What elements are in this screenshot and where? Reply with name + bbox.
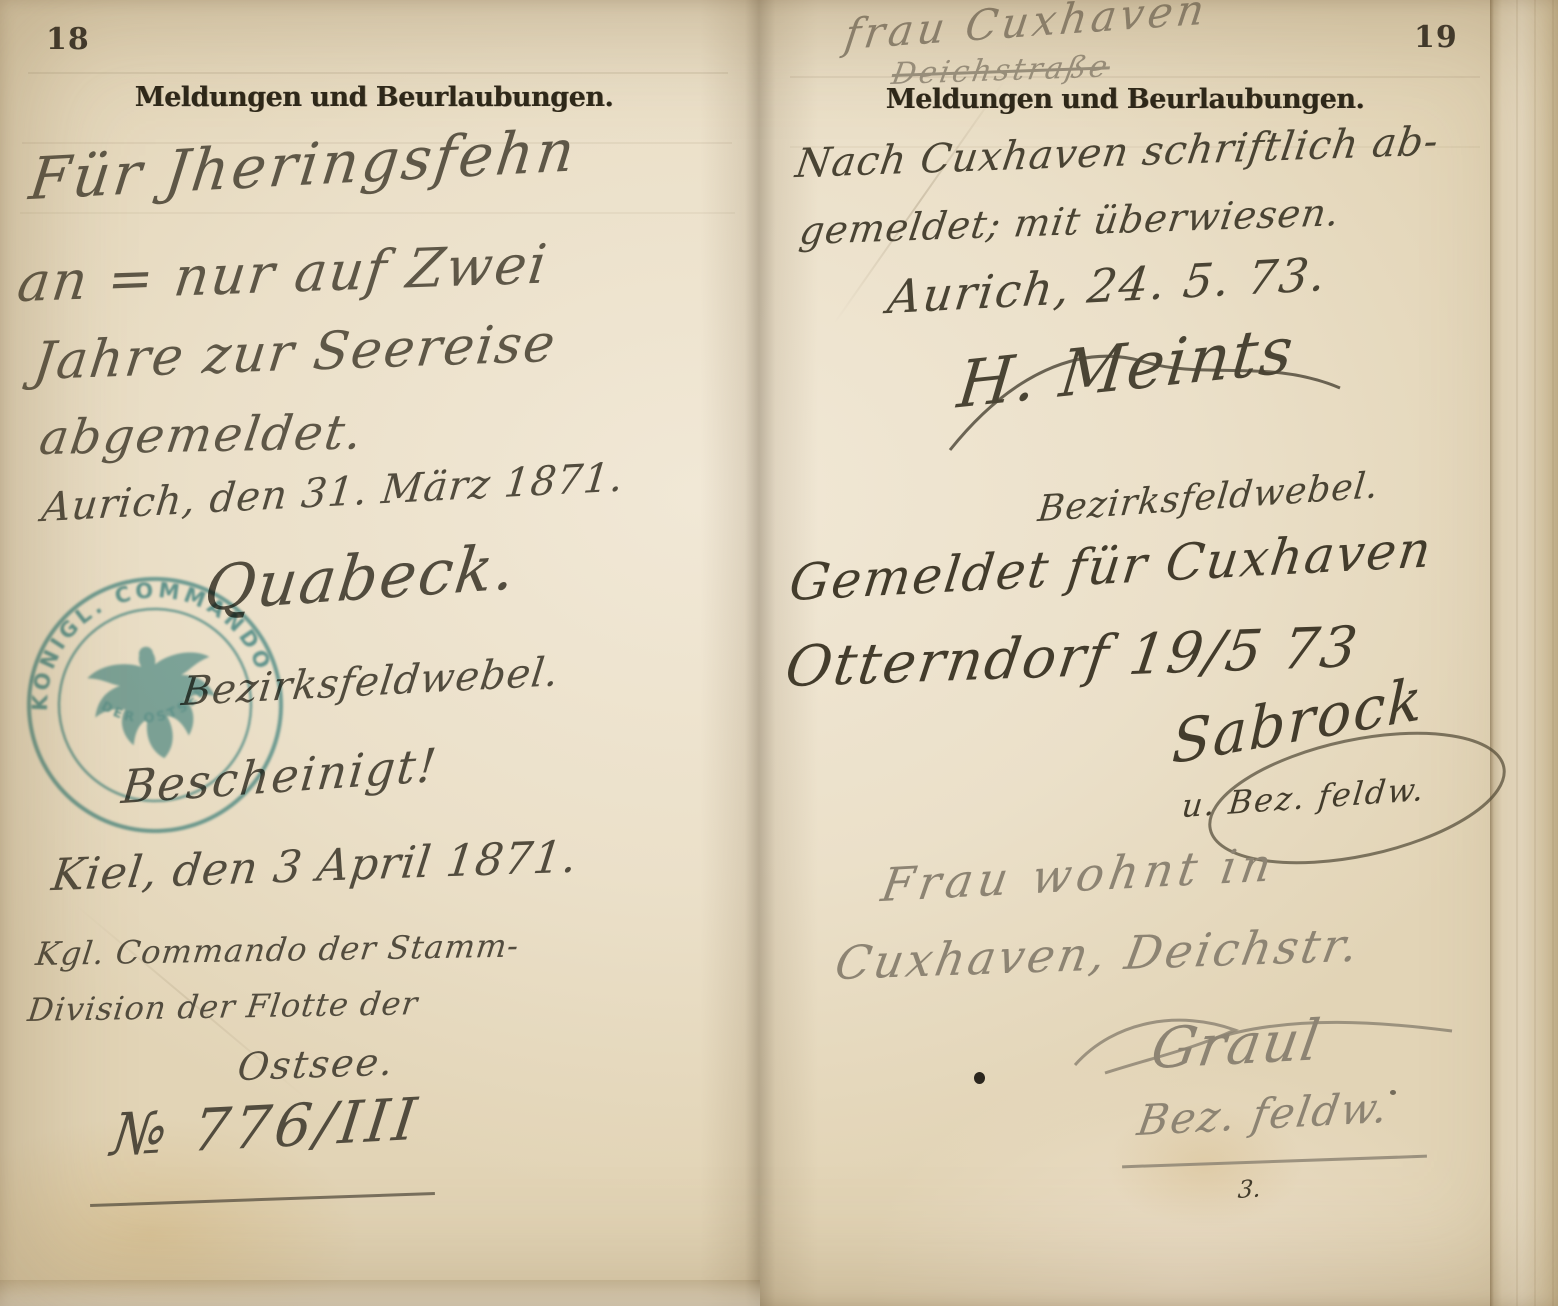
page-number-left: 18 xyxy=(46,22,90,57)
handwritten-line: Aurich, den 31. März 1871. xyxy=(40,457,626,528)
eagle-icon xyxy=(84,636,226,769)
handwritten-line: Aurich, 24. 5. 73. xyxy=(885,251,1330,320)
printed-rule xyxy=(28,72,728,74)
handwritten-line: Für Jheringsfehn xyxy=(26,121,580,208)
sheet-mark: 3. xyxy=(1237,1176,1262,1202)
underline-stroke xyxy=(90,1192,435,1207)
document-number: № 776/III xyxy=(108,1090,423,1165)
page-block-edge-lines xyxy=(1500,0,1558,1306)
handwritten-line: abgemeldet. xyxy=(37,408,367,462)
militaerpass-double-page: 18 Meldungen und Beurlaubungen. Für Jher… xyxy=(0,0,1558,1306)
signature: Graul xyxy=(1148,1013,1326,1078)
pencil-note: Frau wohnt in xyxy=(878,841,1279,908)
pencil-note: Cuxhaven, Deichstr. xyxy=(832,922,1365,987)
handwritten-line: Jahre zur Seereise xyxy=(31,318,560,388)
handwritten-line: an = nur auf Zwei xyxy=(15,237,552,310)
underline-stroke xyxy=(1122,1155,1427,1169)
handwritten-line: Otterndorf 19/5 73 xyxy=(782,620,1362,696)
page-header-right: Meldungen und Beurlaubungen. xyxy=(760,84,1490,115)
page-number-right: 19 xyxy=(1414,20,1458,55)
handwritten-line: Kgl. Commando der Stamm- xyxy=(34,930,521,971)
handwritten-line: gemeldet; mit überwiesen. xyxy=(797,193,1342,250)
handwritten-line: Nach Cuxhaven schriftlich ab- xyxy=(793,121,1441,184)
ink-blot xyxy=(1390,1090,1396,1095)
pencil-note: frau Cuxhaven xyxy=(842,0,1211,56)
official-round-stamp: KÖNIGL. COMMANDO DER OSTSEE xyxy=(0,546,314,863)
handwritten-line: Ostsee. xyxy=(236,1042,397,1086)
printed-rule xyxy=(20,212,735,214)
bottom-page-edge xyxy=(0,1280,760,1306)
page-header-left: Meldungen und Beurlaubungen. xyxy=(0,82,748,113)
ink-blot xyxy=(974,1072,985,1084)
handwritten-line: Gemeldet für Cuxhaven xyxy=(787,524,1436,608)
handwritten-line: Division der Flotte der xyxy=(26,987,420,1026)
signature-title: Bez. feldw. xyxy=(1135,1087,1393,1143)
